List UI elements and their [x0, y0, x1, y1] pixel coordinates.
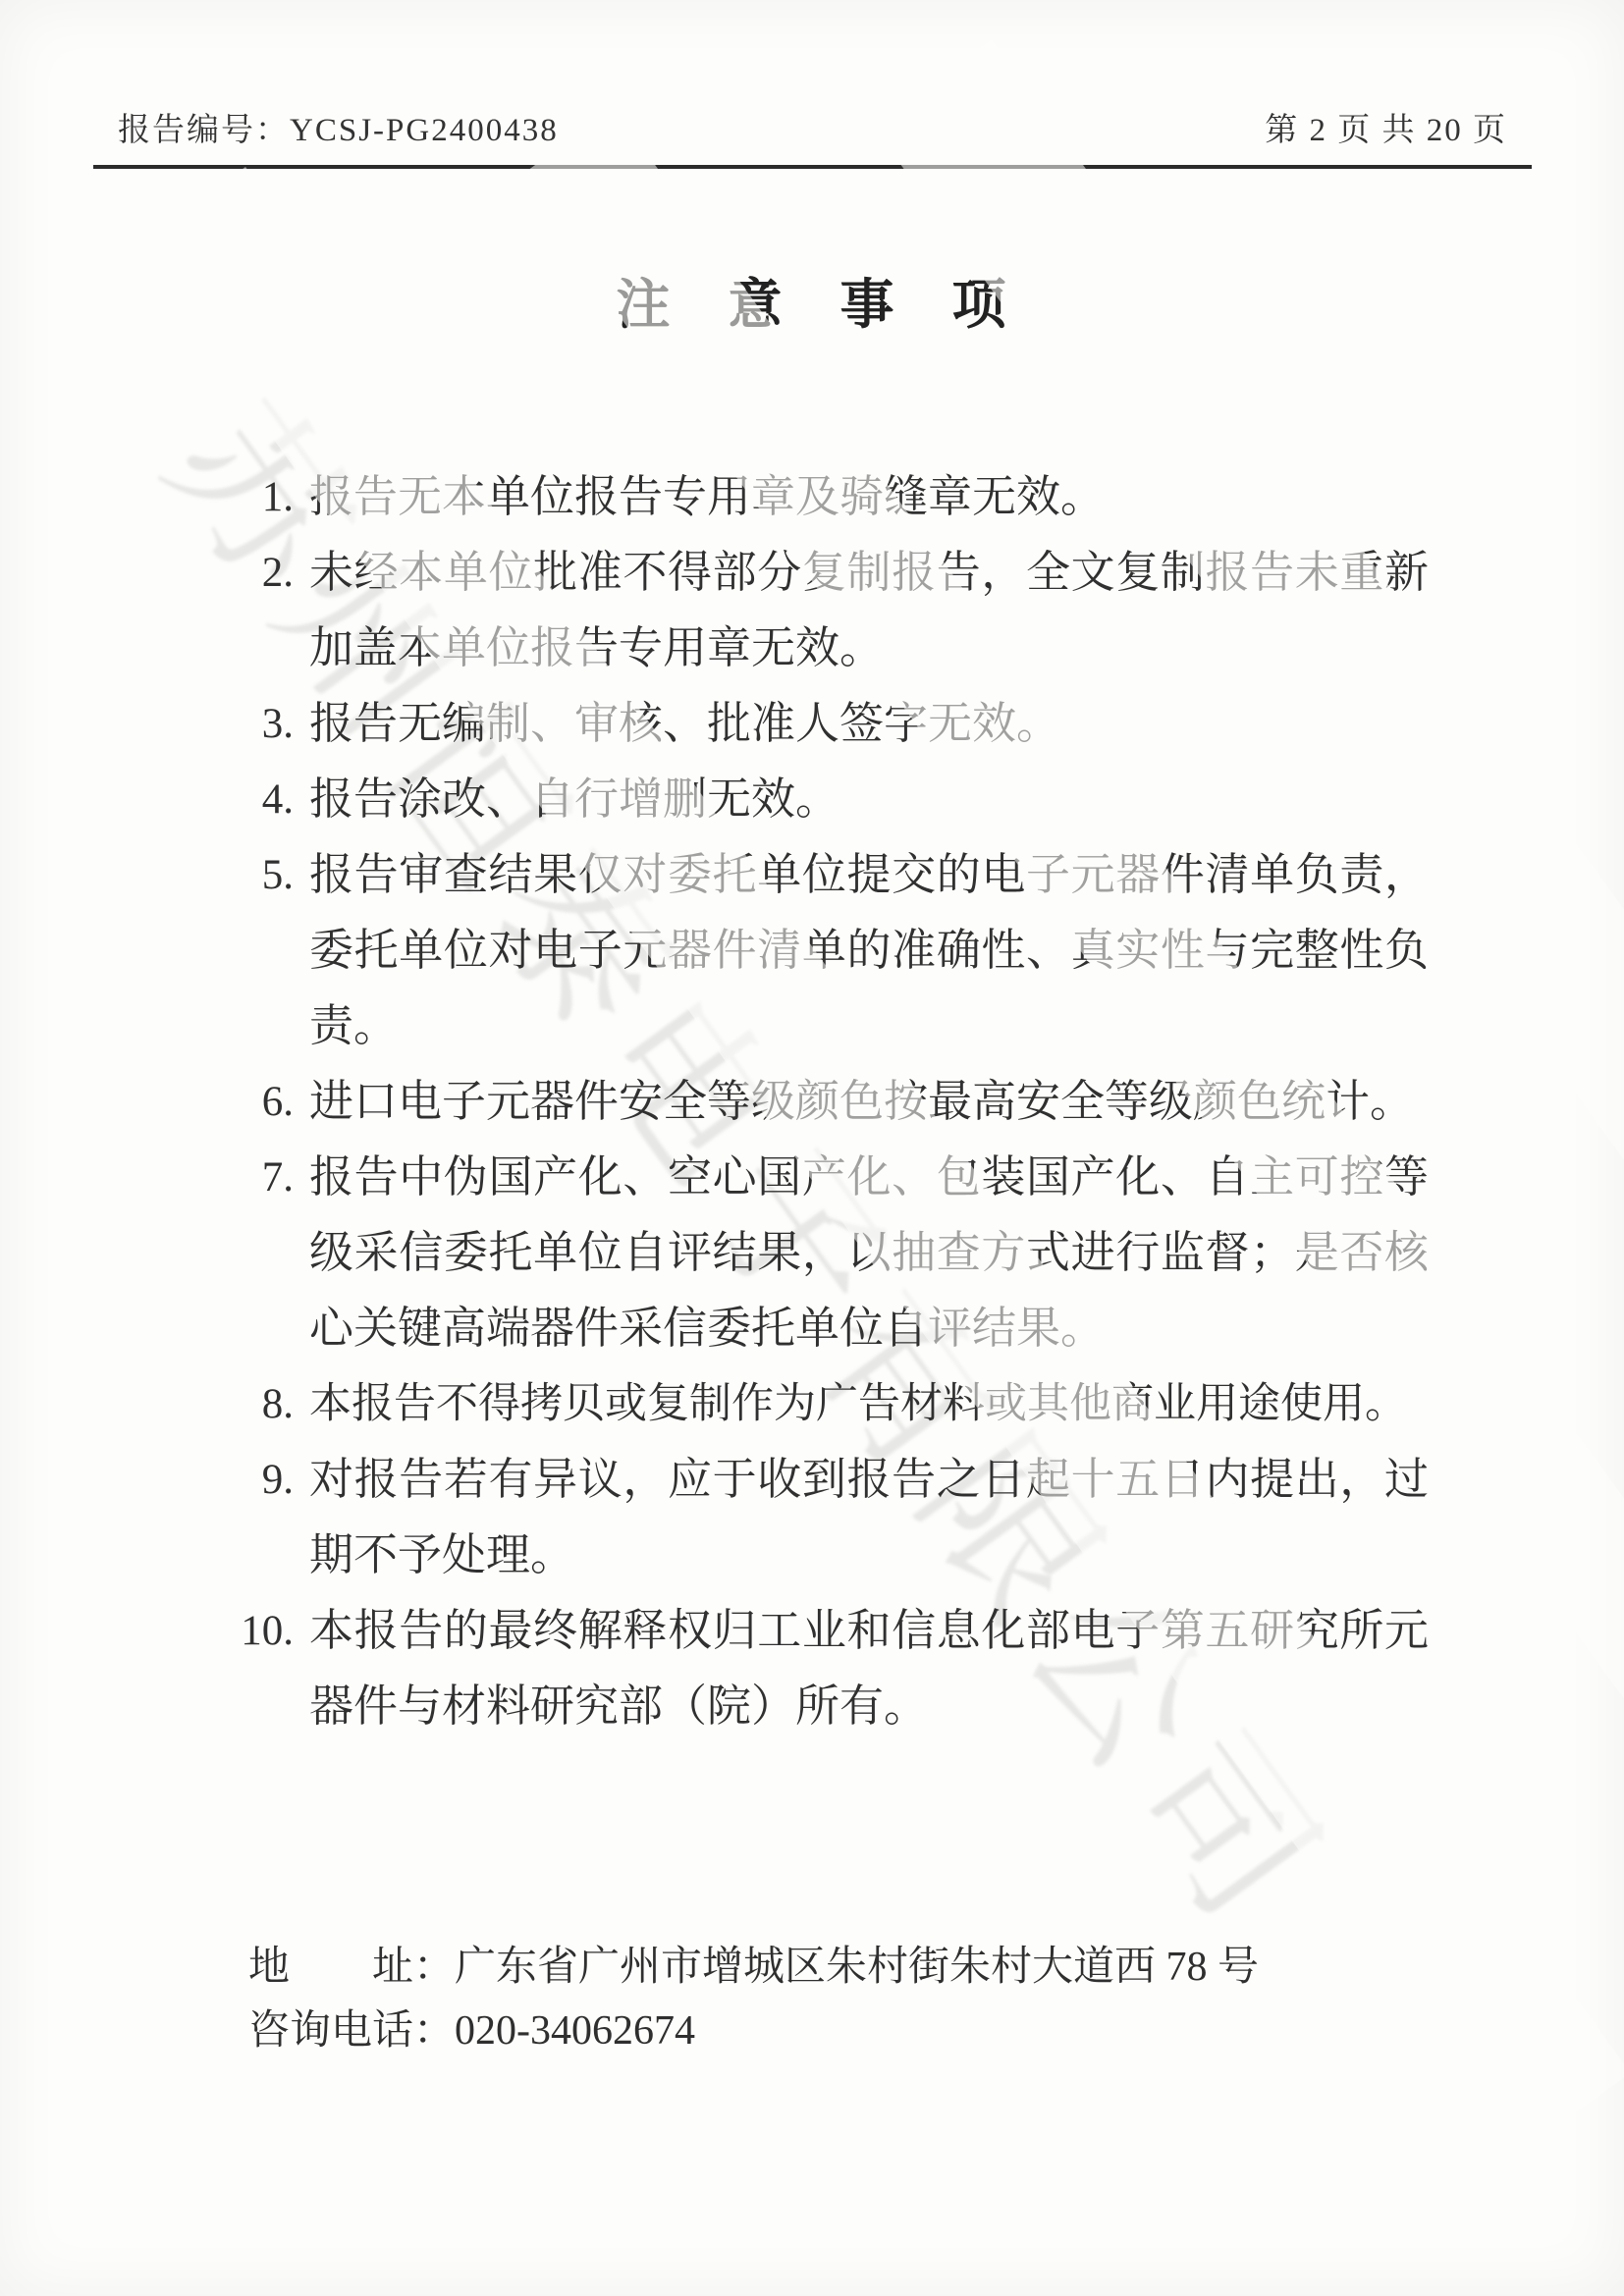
item-text: 本报告的最终解释权归工业和信息化部电子第五研究所元器件与材料研究部（院）所有。	[309, 1606, 1429, 1731]
item-number: 4.	[223, 762, 294, 837]
list-item: 3.报告无编制、审核、批准人签字无效。	[223, 686, 1429, 762]
item-text: 进口电子元器件安全等级颜色按最高安全等级颜色统计。	[309, 1077, 1414, 1126]
list-item: 8.本报告不得拷贝或复制作为广告材料或其他商业用途使用。	[223, 1366, 1429, 1442]
list-item: 10.本报告的最终解释权归工业和信息化部电子第五研究所元器件与材料研究部（院）所…	[223, 1593, 1429, 1744]
item-number: 8.	[223, 1366, 294, 1442]
page-number-info: 第 2 页 共 20 页	[1265, 104, 1507, 150]
list-item: 1.报告无本单位报告专用章及骑缝章无效。	[223, 459, 1429, 535]
report-number: 报告编号：YCSJ-PG2400438	[118, 104, 559, 150]
item-text: 报告无编制、审核、批准人签字无效。	[309, 699, 1060, 748]
address-line: 地 址：广东省广州市增城区朱村街朱村大道西 78 号	[248, 1936, 1259, 2000]
item-text: 报告中伪国产化、空心国产化、包装国产化、自主可控等级采信委托单位自评结果，以抽查…	[309, 1152, 1429, 1353]
item-number: 2.	[223, 535, 294, 611]
list-item: 7.报告中伪国产化、空心国产化、包装国产化、自主可控等级采信委托单位自评结果，以…	[223, 1140, 1429, 1366]
item-text: 报告涂改、自行增删无效。	[309, 774, 839, 824]
item-text: 本报告不得拷贝或复制作为广告材料或其他商业用途使用。	[309, 1381, 1407, 1427]
item-text: 报告审查结果仅对委托单位提交的电子元器件清单负责，委托单位对电子元器件清单的准确…	[309, 850, 1429, 1050]
item-number: 7.	[223, 1140, 294, 1215]
list-item: 6.进口电子元器件安全等级颜色按最高安全等级颜色统计。	[223, 1064, 1429, 1140]
header-divider	[93, 165, 1532, 169]
item-number: 6.	[223, 1064, 294, 1140]
report-page: 苏州恒泰电子有限公司 报告编号：YCSJ-PG2400438 第 2 页 共 2…	[0, 0, 1624, 2296]
page-header: 报告编号：YCSJ-PG2400438 第 2 页 共 20 页	[118, 104, 1507, 150]
item-number: 10.	[223, 1593, 294, 1669]
item-number: 5.	[223, 837, 294, 913]
item-text: 未经本单位批准不得部分复制报告，全文复制报告未重新加盖本单位报告专用章无效。	[309, 548, 1429, 672]
list-item: 2.未经本单位批准不得部分复制报告，全文复制报告未重新加盖本单位报告专用章无效。	[223, 535, 1429, 686]
item-text: 对报告若有异议，应于收到报告之日起十五日内提出，过期不予处理。	[309, 1455, 1429, 1579]
page-title: 注 意 事 项	[0, 261, 1624, 339]
notes-list: 1.报告无本单位报告专用章及骑缝章无效。 2.未经本单位批准不得部分复制报告，全…	[223, 459, 1429, 1744]
item-number: 3.	[223, 686, 294, 762]
item-number: 9.	[223, 1442, 294, 1518]
contact-footer: 地 址：广东省广州市增城区朱村街朱村大道西 78 号 咨询电话：020-3406…	[248, 1936, 1259, 2063]
list-item: 9.对报告若有异议，应于收到报告之日起十五日内提出，过期不予处理。	[223, 1442, 1429, 1593]
item-text: 报告无本单位报告专用章及骑缝章无效。	[309, 472, 1105, 521]
item-number: 1.	[223, 459, 294, 535]
list-item: 4.报告涂改、自行增删无效。	[223, 762, 1429, 837]
list-item: 5.报告审查结果仅对委托单位提交的电子元器件清单负责，委托单位对电子元器件清单的…	[223, 837, 1429, 1064]
phone-line: 咨询电话：020-34062674	[248, 2000, 1259, 2063]
